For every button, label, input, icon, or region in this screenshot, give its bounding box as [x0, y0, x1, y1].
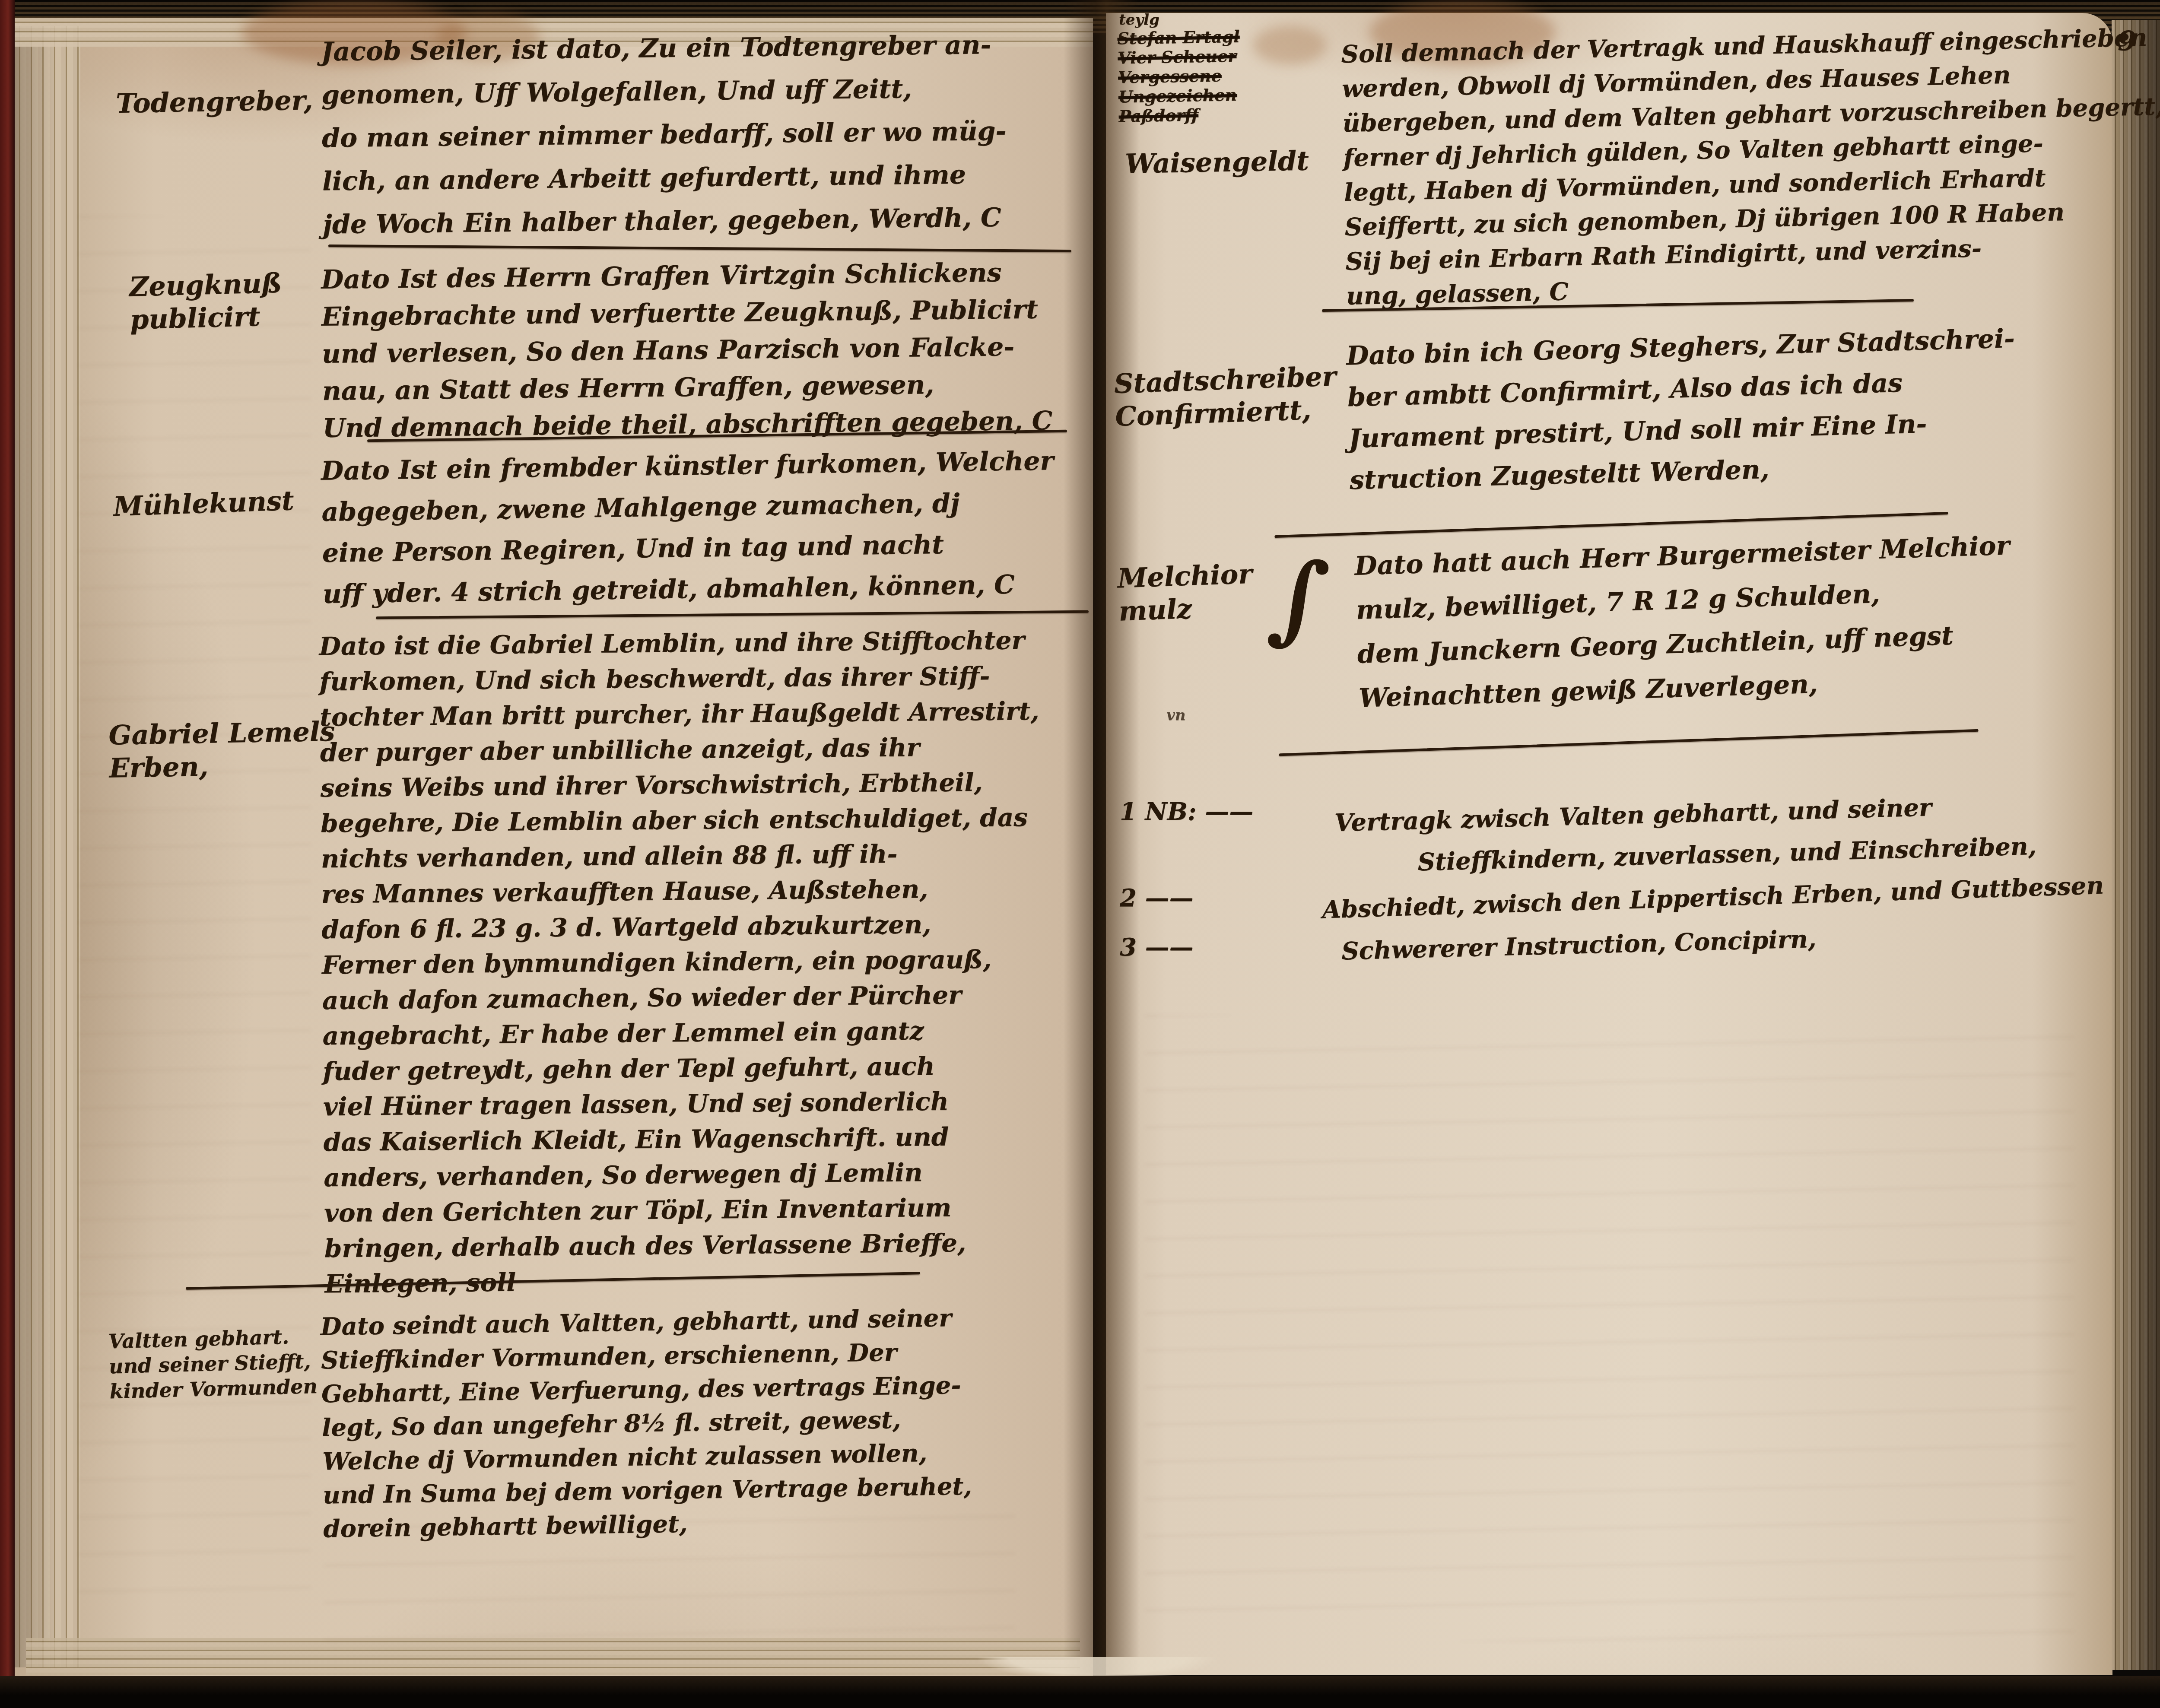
- cancelled-note-lines: Stefan ErtaglVier ScheuerVergesseneUngez…: [1117, 27, 1241, 126]
- text-line: fuder getreydt, gehn der Tepl gefuhrt, a…: [323, 1048, 1042, 1089]
- label-brace-flourish: ∫: [1264, 537, 1334, 659]
- text-line: bringen, derhalb auch des Verlassene Bri…: [324, 1225, 1044, 1267]
- entry-text-zeugknuss: Dato Ist des Herrn Graffen Virtzgin Schl…: [321, 254, 1053, 447]
- entry-text-gabriel-lemels-erben: Dato ist die Gabriel Lemblin, und ihre S…: [319, 622, 1044, 1302]
- bleedthrough-texture: [1145, 1015, 2074, 1641]
- text-line: Ferner den bynmundigen kindern, ein pogr…: [322, 941, 1042, 983]
- text-line: tochter Man britt purcher, ihr Haußgeldt…: [320, 693, 1039, 735]
- text-line: Zeugknuß: [129, 267, 282, 303]
- text-line: das Kaiserlich Kleidt, Ein Wagenschrift.…: [323, 1118, 1043, 1160]
- background-bottom: [0, 1676, 2160, 1708]
- text-line: von den Gerichten zur Töpl, Ein Inventar…: [324, 1189, 1044, 1231]
- text-line: angebracht, Er habe der Lemmel ein gantz: [322, 1012, 1042, 1054]
- text-line: Todengreber,: [115, 84, 313, 120]
- text-line: Waisengeldt: [1124, 144, 1309, 180]
- entry-text-todengreber: Jacob Seiler, ist dato, Zu ein Todtengre…: [321, 23, 1007, 247]
- text-line: Melchior: [1117, 558, 1252, 595]
- ink-stain: [1253, 26, 1326, 65]
- memo-marker-3: 3 ——: [1120, 933, 1193, 962]
- text-line: Paßdorff: [1118, 105, 1241, 126]
- text-line: Stefan Ertagl: [1117, 27, 1240, 48]
- margin-label-muehlekunst: Mühlekunst: [113, 484, 295, 524]
- text-line: Einlegen, soll: [324, 1260, 1044, 1302]
- entry-text-waisengeldt: Soll demnach der Vertragk und Hauskhauff…: [1341, 20, 2160, 314]
- text-line: auch dafon zumachen, So wieder der Pürch…: [322, 977, 1042, 1019]
- book-cover-edge: [0, 0, 15, 1708]
- text-line: Ungezeichen: [1118, 85, 1241, 107]
- text-line: publicirt: [130, 299, 283, 336]
- text-line: genomen, Uff Wolgefallen, Und uff Zeitt,: [321, 67, 1006, 117]
- margin-label-zeugknuss: Zeugknußpublicirt: [129, 267, 283, 336]
- text-line: viel Hüner tragen lassen, Und sej sonder…: [323, 1083, 1043, 1125]
- text-line: furkomen, Und sich beschwerdt, das ihrer…: [319, 658, 1039, 700]
- margin-label-waisengeldt: Waisengeldt: [1124, 144, 1309, 180]
- memo-marker-1: 1 NB: ——: [1120, 797, 1253, 826]
- text-line: Gabriel Lemels: [108, 715, 335, 752]
- manuscript-book-spread: Todengreber, Jacob Seiler, ist dato, Zu …: [0, 0, 2160, 1708]
- cancelled-note-heading: teylg: [1119, 11, 1159, 29]
- text-line: do man seiner nimmer bedarff, soll er wo…: [322, 110, 1007, 160]
- text-line: Dato ist die Gabriel Lemblin, und ihre S…: [319, 622, 1039, 664]
- margin-label-valtten-gebhart: Valtten gebhart.und seiner Stiefft,kinde…: [108, 1324, 318, 1404]
- margin-label-stadtschreiber: StadtschreiberConfirmiertt,: [1114, 360, 1338, 433]
- marginal-mark: vn: [1166, 707, 1185, 724]
- text-line: Vergessene: [1118, 66, 1241, 87]
- text-line: anders, verhanden, So derwegen dj Lemlin: [324, 1154, 1043, 1196]
- entry-text-stadtschreiber: Dato bin ich Georg Steghers, Zur Stadtsc…: [1346, 318, 2018, 501]
- memo-marker-2: 2 ——: [1120, 884, 1193, 912]
- text-line: jde Woch Ein halber thaler, gegeben, Wer…: [323, 196, 1007, 247]
- text-line: Erben,: [109, 748, 336, 784]
- entry-text-muehlekunst: Dato Ist ein frembder künstler furkomen,…: [321, 441, 1055, 615]
- text-line: Vier Scheuer: [1118, 46, 1240, 68]
- text-line: res Mannes verkaufften Hause, Außstehen,: [321, 870, 1041, 912]
- margin-label-melchior-mulz: Melchiormulz: [1117, 558, 1254, 628]
- text-line: nichts verhanden, und allein 88 fl. uff …: [321, 835, 1041, 877]
- text-line: seins Weibs und ihrer Vorschwistrich, Er…: [320, 764, 1040, 806]
- text-line: mulz: [1118, 590, 1254, 628]
- text-line: der purger aber unbilliche anzeigt, das …: [320, 729, 1039, 771]
- entry-text-valtten-gebhart: Dato seindt auch Valtten, gebhartt, und …: [320, 1301, 972, 1546]
- page-stack-left-edge: [15, 26, 80, 1667]
- text-line: Mühlekunst: [113, 484, 295, 524]
- margin-label-todengreber: Todengreber,: [115, 84, 313, 120]
- text-line: lich, an andere Arbeitt gefurdertt, und …: [322, 153, 1007, 203]
- book-gutter-shadow: [1064, 0, 1140, 1708]
- entry-text-melchior-mulz: Dato hatt auch Herr Burgermeister Melchi…: [1354, 524, 2014, 720]
- margin-label-gabriel-lemels-erben: Gabriel LemelsErben,: [108, 715, 336, 784]
- text-line: dafon 6 fl. 23 g. 3 d. Wartgeld abzukurt…: [321, 906, 1041, 948]
- text-line: und verlesen, So den Hans Parzisch von F…: [322, 328, 1052, 373]
- text-line: begehre, Die Lemblin aber sich entschuld…: [321, 800, 1040, 841]
- text-line: Jacob Seiler, ist dato, Zu ein Todtengre…: [321, 23, 1005, 74]
